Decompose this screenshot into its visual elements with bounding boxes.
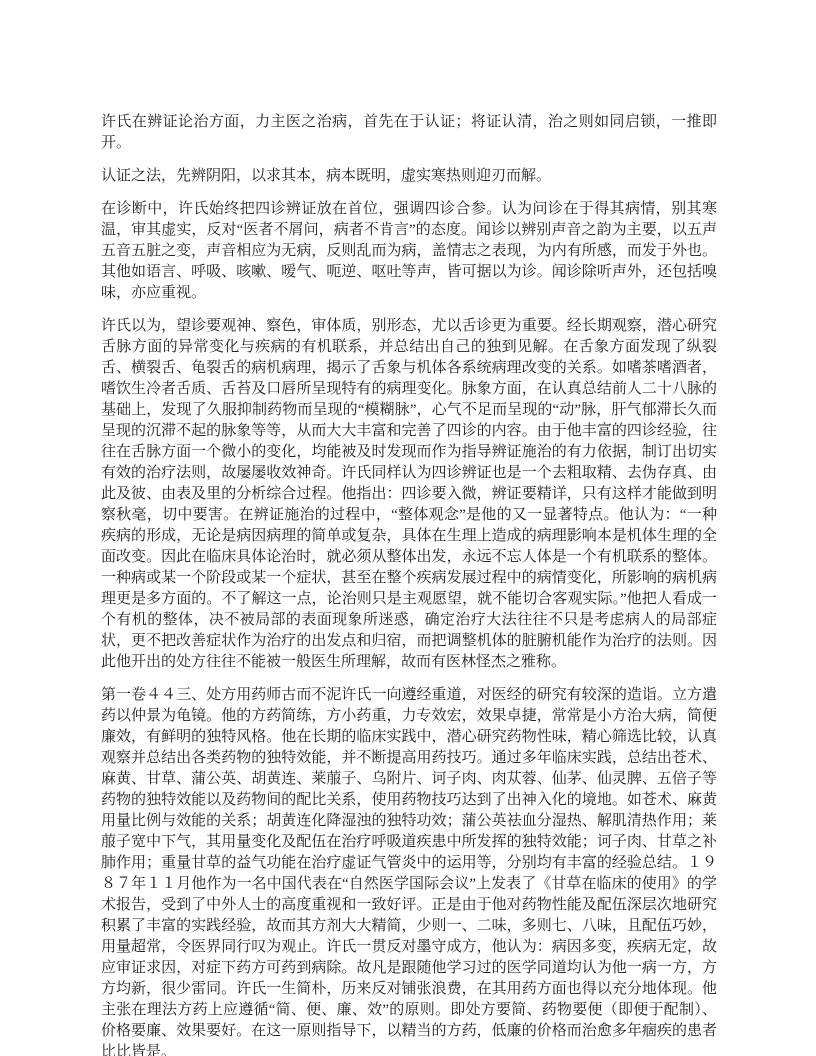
paragraph-chufang-yongyao: 第一卷４４三、处方用药师古而不泥许氏一向遵经重道，对医经的研究有较深的造诣。立方… xyxy=(101,685,717,1056)
paragraph-bianzheng-lunzhi: 许氏在辨证论治方面，力主医之治病，首先在于认证；将证认清，治之则如同启锁，一推即… xyxy=(101,112,717,154)
paragraph-sizhen-diagnosis: 在诊断中，许氏始终把四诊辨证放在首位，强调四诊合参。认为问诊在于得其病情，别其寒… xyxy=(101,199,717,304)
paragraph-wangzhen-holism: 许氏以为，望诊要观神、察色，审体质，别形态，尤以舌诊更为重要。经长期观察，潜心研… xyxy=(101,316,717,673)
paragraph-renzheng-zhifa: 认证之法，先辨阴阳，以求其本，病本既明，虚实寒热则迎刃而解。 xyxy=(101,166,717,187)
document-page: 许氏在辨证论治方面，力主医之治病，首先在于认证；将证认清，治之则如同启锁，一推即… xyxy=(0,0,816,1056)
